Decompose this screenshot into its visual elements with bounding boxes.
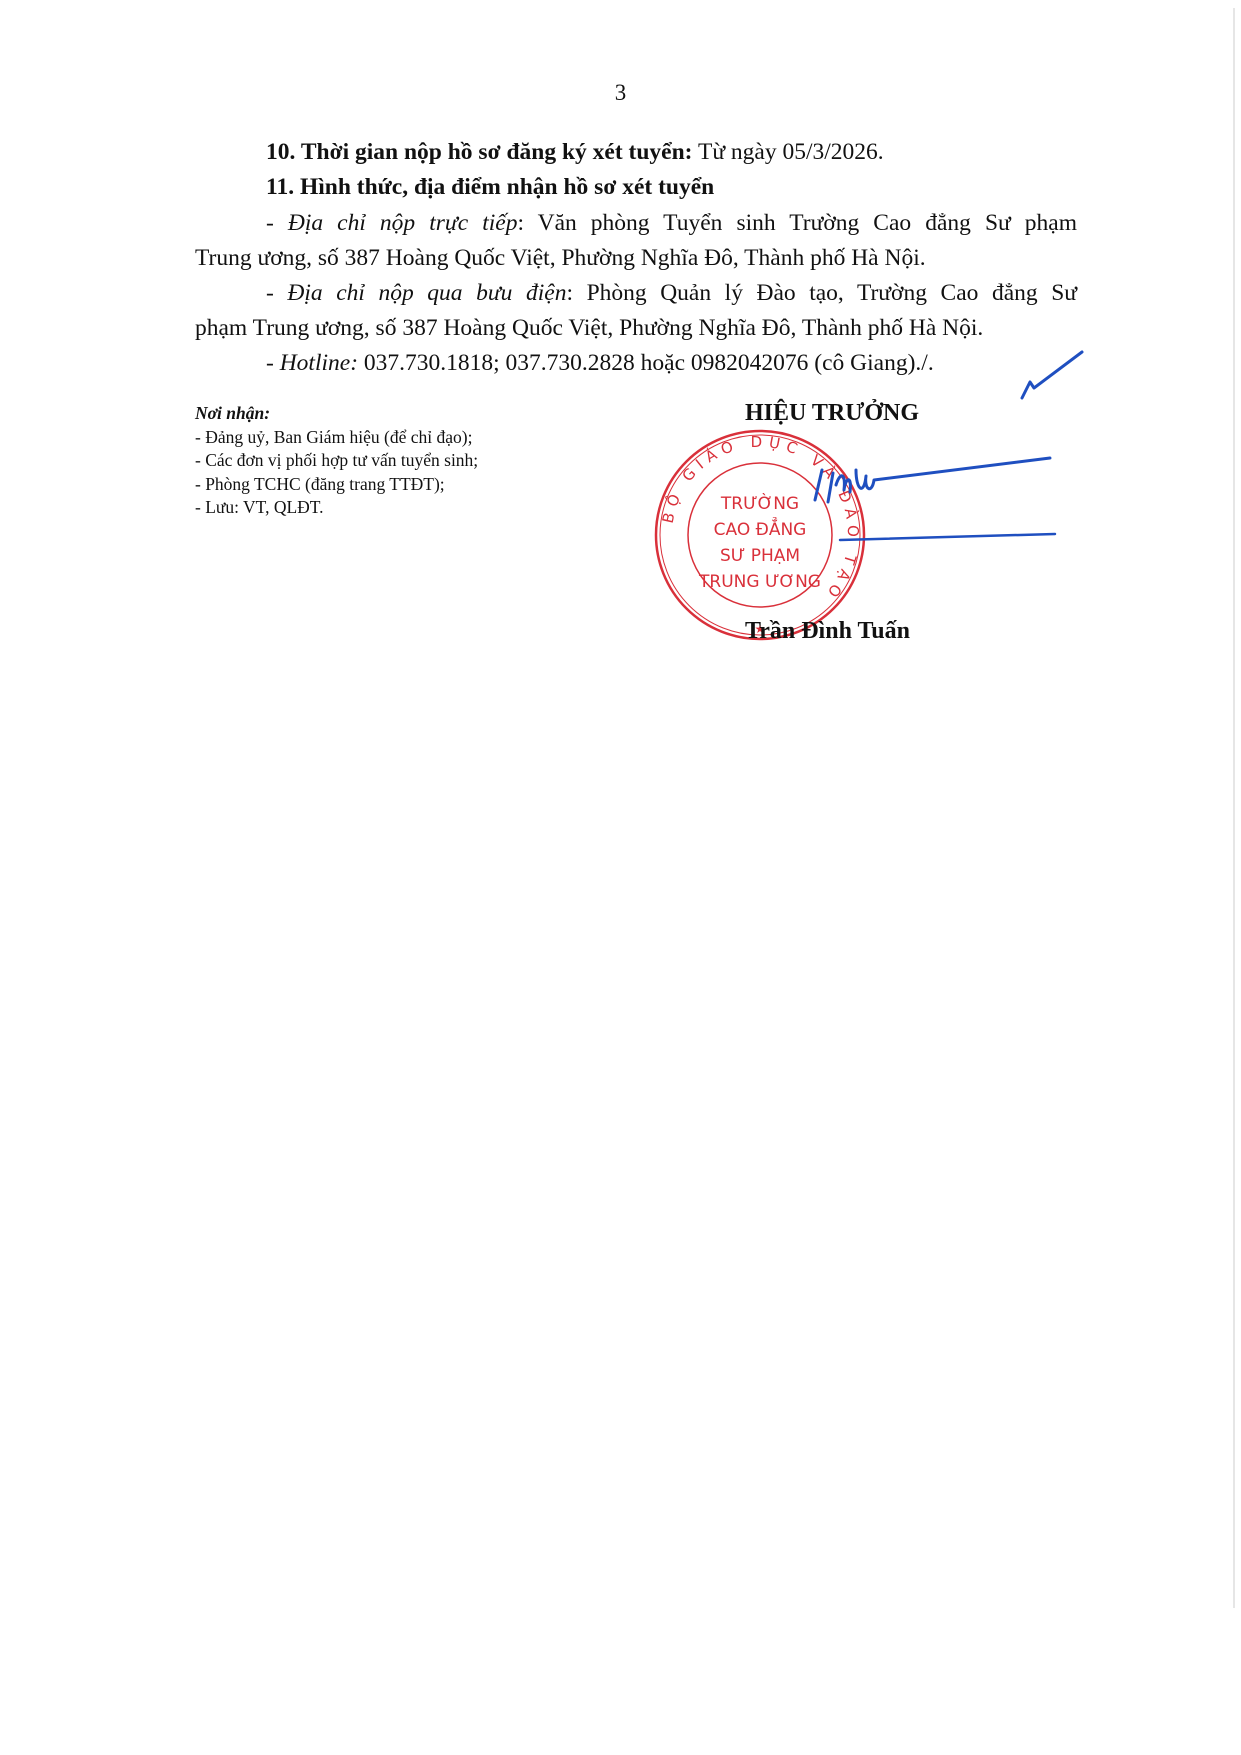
direct-address-line2: Trung ương, số 387 Hoàng Quốc Việt, Phườ…: [195, 243, 926, 273]
recipients-title: Nơi nhận:: [195, 402, 478, 426]
postal-address-line2: phạm Trung ương, số 387 Hoàng Quốc Việt,…: [195, 313, 983, 343]
postal-address-label: - Địa chỉ nộp qua bưu điện: [266, 280, 566, 306]
section-10-text: Từ ngày 05/3/2026.: [693, 139, 884, 165]
recipient-item: - Lưu: VT, QLĐT.: [195, 496, 478, 520]
recipient-item: - Các đơn vị phối hợp tư vấn tuyển sinh;: [195, 449, 478, 473]
direct-address-label: - Địa chỉ nộp trực tiếp: [266, 210, 517, 236]
handwritten-signature: [650, 340, 1120, 580]
direct-address-text: : Văn phòng Tuyển sinh Trường Cao đẳng S…: [517, 210, 1077, 236]
section-10-heading: 10. Thời gian nộp hồ sơ đăng ký xét tuyể…: [266, 139, 693, 165]
postal-address-line1: - Địa chỉ nộp qua bưu điện: Phòng Quản l…: [266, 278, 1077, 308]
signer-name: Trần Đình Tuấn: [745, 618, 910, 645]
direct-address-line1: - Địa chỉ nộp trực tiếp: Văn phòng Tuyển…: [266, 208, 1077, 238]
hotline-label: - Hotline:: [266, 350, 358, 376]
scan-edge-line: [1233, 8, 1235, 1608]
recipient-item: - Phòng TCHC (đăng trang TTĐT);: [195, 473, 478, 497]
section-11-heading: 11. Hình thức, địa điểm nhận hồ sơ xét t…: [266, 172, 714, 202]
page-number: 3: [0, 80, 1241, 106]
postal-address-text: : Phòng Quản lý Đào tạo, Trường Cao đẳng…: [566, 280, 1077, 306]
section-10: 10. Thời gian nộp hồ sơ đăng ký xét tuyể…: [266, 137, 884, 167]
recipients-block: Nơi nhận: - Đảng uỷ, Ban Giám hiệu (để c…: [195, 402, 478, 520]
recipient-item: - Đảng uỷ, Ban Giám hiệu (để chỉ đạo);: [195, 426, 478, 450]
